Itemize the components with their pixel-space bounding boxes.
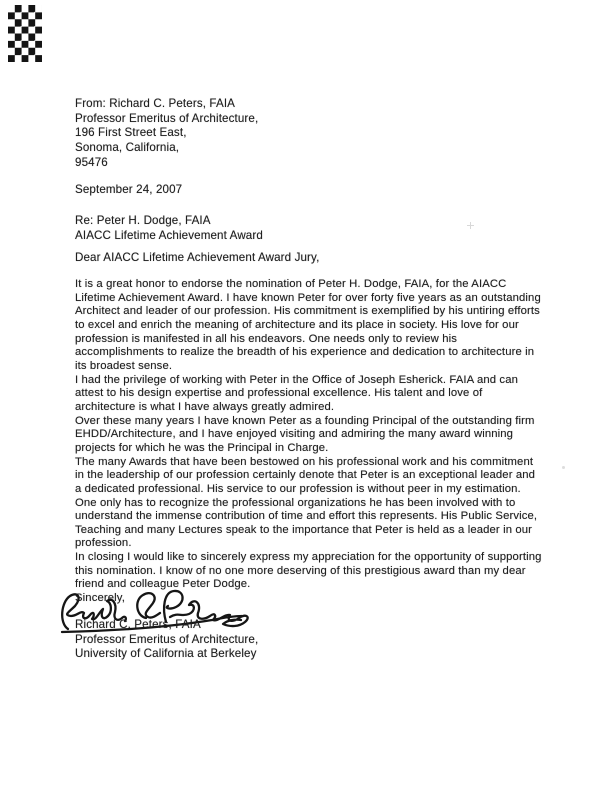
sender-address-block: From: Richard C. Peters, FAIAProfessor E… (75, 97, 258, 171)
closing-block: Richard C. Peters, FAIAProfessor Emeritu… (75, 618, 258, 662)
text-line: Over these many years I have known Peter… (75, 415, 542, 429)
text-line: I had the privilege of working with Pete… (75, 374, 542, 388)
text-line: The many Awards that have been bestowed … (75, 456, 542, 470)
text-line: architecture is what I have always great… (75, 401, 542, 415)
text-line: understand the immense contribution of t… (75, 510, 542, 524)
text-line: AIACC Lifetime Achievement Award (75, 228, 263, 243)
scan-speck-artifact (467, 222, 474, 229)
text-line: in the leadership of our profession cert… (75, 469, 542, 483)
text-line: EHDD/Architecture, and I have enjoyed vi… (75, 428, 542, 442)
text-line: profession is manifested in all his ende… (75, 333, 542, 347)
salutation: Dear AIACC Lifetime Achievement Award Ju… (75, 251, 319, 266)
text-line: In closing I would like to sincerely exp… (75, 551, 542, 565)
subject-block: Re: Peter H. Dodge, FAIAAIACC Lifetime A… (75, 213, 263, 243)
text-line: accomplishments to realize the breadth o… (75, 346, 542, 360)
scan-speck-artifact (562, 466, 565, 469)
text-line: One only has to recognize the profession… (75, 497, 542, 511)
text-line: Lifetime Achievement Award. I have known… (75, 292, 542, 306)
text-line: to excel and enrich the meaning of archi… (75, 319, 542, 333)
text-line: Sonoma, California, (75, 141, 258, 156)
text-line: profession. (75, 537, 542, 551)
letter-date: September 24, 2007 (75, 183, 182, 198)
text-line: projects for which he was the Principal … (75, 442, 542, 456)
text-line: its broadest sense. (75, 360, 542, 374)
text-line: University of California at Berkeley (75, 647, 258, 662)
text-line: Teaching and many Lectures speak to the … (75, 524, 542, 538)
text-line: a dedicated professional. His service to… (75, 483, 542, 497)
text-line: 95476 (75, 156, 258, 171)
text-line: Architect and leader of our profession. … (75, 305, 542, 319)
text-line: this nomination. I know of no one more d… (75, 565, 542, 579)
scanned-letter-page: From: Richard C. Peters, FAIAProfessor E… (0, 0, 611, 791)
text-line: attest to his design expertise and profe… (75, 387, 542, 401)
text-line: Richard C. Peters, FAIA (75, 618, 258, 633)
text-line: 196 First Street East, (75, 126, 258, 141)
text-line: It is a great honor to endorse the nomin… (75, 278, 542, 292)
checkerboard-scan-mark (8, 5, 42, 62)
text-line: Professor Emeritus of Architecture, (75, 112, 258, 127)
text-line: From: Richard C. Peters, FAIA (75, 97, 258, 112)
letter-body: It is a great honor to endorse the nomin… (75, 278, 542, 606)
text-line: Re: Peter H. Dodge, FAIA (75, 213, 263, 228)
text-line: Professor Emeritus of Architecture, (75, 633, 258, 648)
